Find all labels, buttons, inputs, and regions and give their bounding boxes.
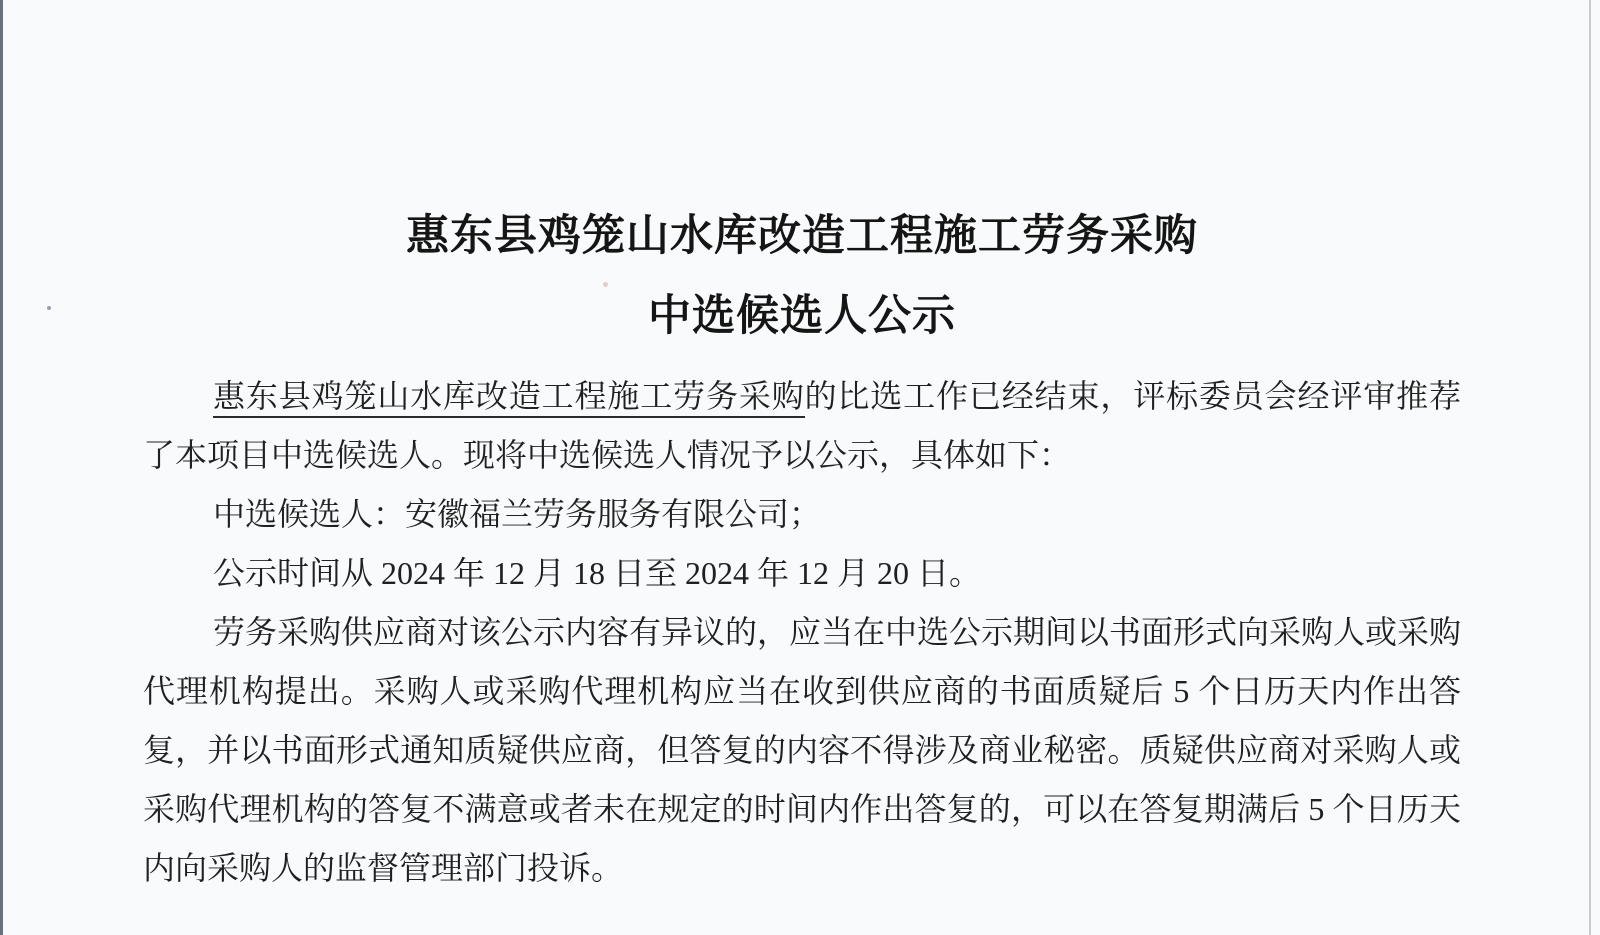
document-title-line2: 中选候选人公示 <box>143 276 1461 356</box>
scan-right-edge-artifact <box>1589 0 1591 935</box>
scan-left-edge-artifact <box>0 0 3 935</box>
document-content: 惠东县鸡笼山水库改造工程施工劳务采购 中选候选人公示 惠东县鸡笼山水库改造工程施… <box>143 196 1461 898</box>
paragraph-candidate: 中选候选人：安徽福兰劳务服务有限公司； <box>143 485 1461 544</box>
scan-speck-artifact <box>47 306 51 310</box>
document-body: 惠东县鸡笼山水库改造工程施工劳务采购的比选工作已经结束，评标委员会经评审推荐了本… <box>143 367 1461 898</box>
scanned-document-page: 惠东县鸡笼山水库改造工程施工劳务采购 中选候选人公示 惠东县鸡笼山水库改造工程施… <box>0 0 1600 935</box>
underlined-project-name: 惠东县鸡笼山水库改造工程施工劳务采购 <box>213 378 805 418</box>
paragraph-objection-procedure: 劳务采购供应商对该公示内容有异议的，应当在中选公示期间以书面形式向采购人或采购代… <box>143 603 1461 898</box>
paragraph-publicity-period: 公示时间从 2024 年 12 月 18 日至 2024 年 12 月 20 日… <box>143 544 1461 603</box>
document-title-line1: 惠东县鸡笼山水库改造工程施工劳务采购 <box>143 196 1461 276</box>
paragraph-intro: 惠东县鸡笼山水库改造工程施工劳务采购的比选工作已经结束，评标委员会经评审推荐了本… <box>143 367 1461 485</box>
